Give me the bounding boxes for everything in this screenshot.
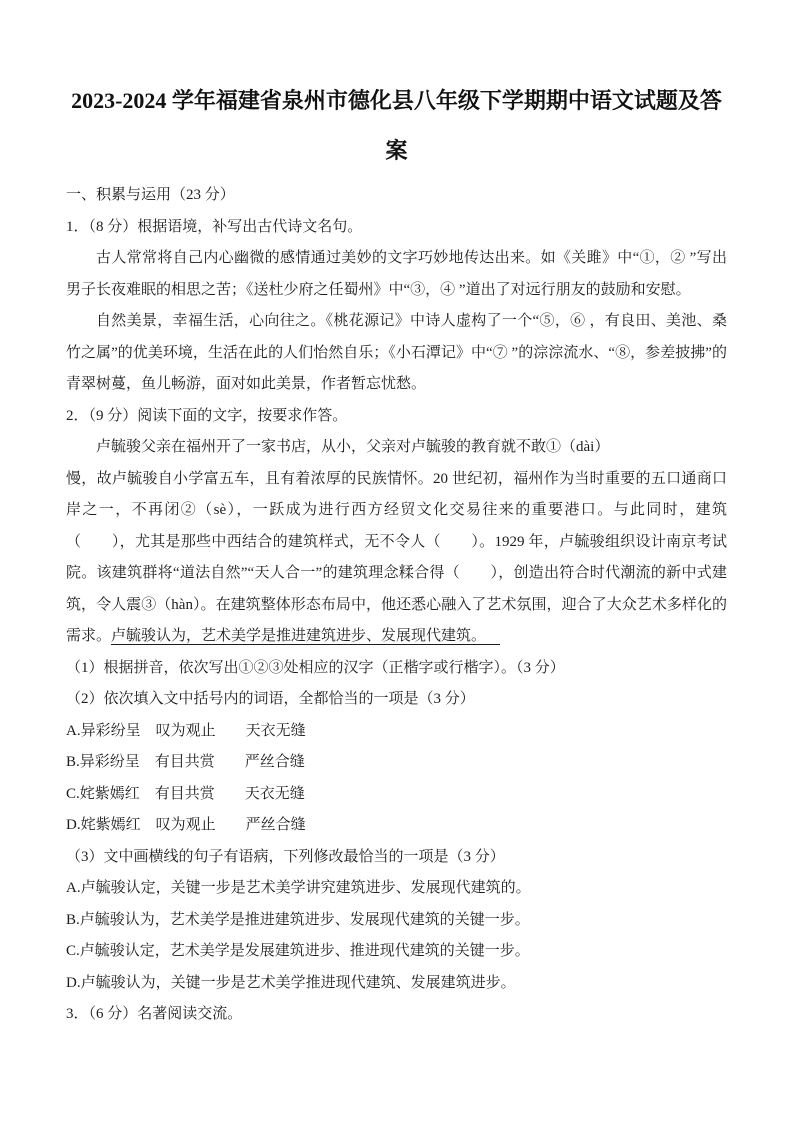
exam-page: 2023-2024 学年福建省泉州市德化县八年级下学期期中语文试题及答案 一、积… (0, 0, 793, 1122)
question2-sub1: （1）根据拼音，依次写出①②③处相应的汉字（正楷字或行楷字）。（3 分） (66, 653, 727, 685)
question2-sub3-option-c: C.卢毓骏认定，艺术美学是发展建筑进步、推进现代建筑的关键一步。 (66, 936, 727, 968)
question2-sub3-option-b: B.卢毓骏认为，艺术美学是推进建筑进步、发展现代建筑的关键一步。 (66, 905, 727, 937)
question2-passage-underlined-sentence: 卢毓骏认为，艺术美学是推进建筑进步、发展现代建筑。 (111, 628, 500, 645)
question2-passage-intro: 卢毓骏父亲在福州开了一家书店，从小，父亲对卢毓骏的教育就不敢①（dài） (66, 432, 727, 464)
question2-sub3: （3）文中画横线的句子有语病，下列修改最恰当的一项是（3 分） (66, 842, 727, 874)
section1-heading: 一、积累与运用（23 分） (66, 180, 727, 212)
question2-passage-text: 慢，故卢毓骏自小学富五车，且有着浓厚的民族情怀。20 世纪初，福州作为当时重要的… (66, 471, 727, 645)
question2-sub2-option-b: B.异彩纷呈 有目共赏 严丝合缝 (66, 747, 727, 779)
question2-sub2-option-a: A.异彩纷呈 叹为观止 天衣无缝 (66, 716, 727, 748)
question2-sub3-option-a: A.卢毓骏认定，关键一步是艺术美学讲究建筑进步、发展现代建筑的。 (66, 873, 727, 905)
question1-paragraph-2: 自然美景，幸福生活，心向往之。《桃花源记》中诗人虚构了一个“⑤，⑥ ，有良田、美… (66, 306, 727, 401)
document-title: 2023-2024 学年福建省泉州市德化县八年级下学期期中语文试题及答案 (66, 76, 727, 176)
question2-sub2: （2）依次填入文中括号内的词语，全都恰当的一项是（3 分） (66, 684, 727, 716)
question2-stem: 2．（9 分）阅读下面的文字，按要求作答。 (66, 401, 727, 433)
question3-stem: 3．（6 分）名著阅读交流。 (66, 999, 727, 1031)
question2-sub2-option-c: C.姹紫嫣红 有目共赏 天衣无缝 (66, 779, 727, 811)
question1-stem: 1．（8 分）根据语境，补写出古代诗文名句。 (66, 212, 727, 244)
question2-sub3-option-d: D.卢毓骏认为，关键一步是艺术美学推进现代建筑、发展建筑进步。 (66, 968, 727, 1000)
question2-sub2-option-d: D.姹紫嫣红 叹为观止 严丝合缝 (66, 810, 727, 842)
document-title-text: 2023-2024 学年福建省泉州市德化县八年级下学期期中语文试题及答案 (71, 88, 722, 163)
question1-paragraph-1: 古人常常将自己内心幽微的感情通过美妙的文字巧妙地传达出来。如《关雎》中“①，② … (66, 243, 727, 306)
question2-passage-body: 慢，故卢毓骏自小学富五车，且有着浓厚的民族情怀。20 世纪初，福州作为当时重要的… (66, 464, 727, 653)
